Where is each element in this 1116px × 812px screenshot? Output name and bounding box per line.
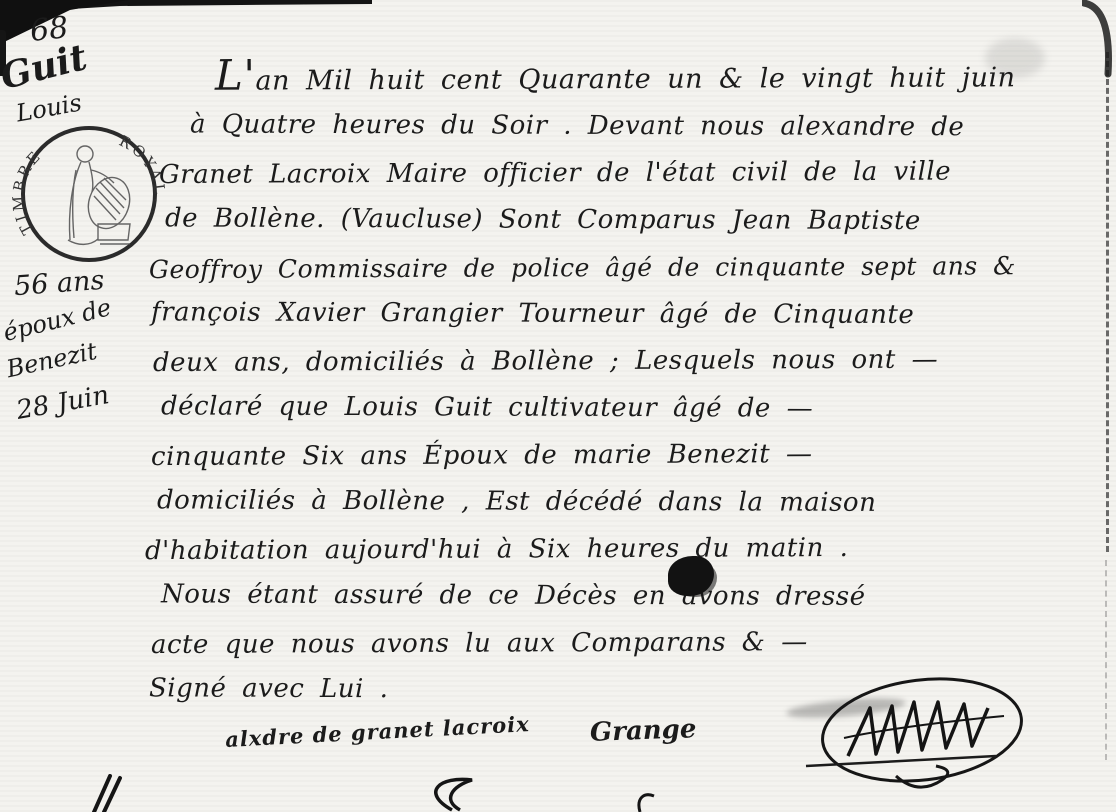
stamp-left-text-wrap: TIMBRE (12, 146, 46, 238)
body-line: Geoffroy Commissaire de police âgé de ci… (145, 242, 1095, 293)
body-line: domiciliés à Bollène , Est décédé dans l… (145, 477, 1095, 527)
body-line: d'habitation aujourd'hui à Six heures du… (145, 524, 1095, 575)
body-line: de Bollène. (Vaucluse) Sont Comparus Jea… (145, 195, 1095, 245)
page-edge-right-lower (1105, 560, 1107, 760)
body-line: Granet Lacroix Maire officier de l'état … (145, 148, 1095, 199)
body-line: déclaré que Louis Guit cultivateur âgé d… (145, 383, 1095, 433)
body-line: cinquante Six ans Époux de marie Benezit… (145, 430, 1095, 481)
document-page: 68 Guit Louis TIMBRE ROYAL. (0, 0, 1116, 812)
body-line: deux ans, domiciliés à Bollène ; Lesquel… (145, 336, 1095, 387)
body-line: Nous étant assuré de ce Décès en avons d… (145, 571, 1095, 621)
stamp-figure (68, 146, 136, 244)
act-body: L'an Mil huit cent Quarante un & le ving… (145, 50, 1095, 714)
signature-grange: Grange (589, 714, 696, 748)
page-edge-right (1106, 52, 1109, 552)
body-line: acte que nous avons lu aux Comparans & — (145, 618, 1095, 669)
next-entry-partial-strokes (80, 774, 720, 812)
body-line: à Quatre heures du Soir . Devant nous al… (145, 101, 1095, 151)
body-line: L'an Mil huit cent Quarante un & le ving… (145, 48, 1095, 105)
timbre-royal-stamp: TIMBRE ROYAL. (12, 110, 166, 278)
stamp-left-text: TIMBRE (12, 146, 46, 238)
flourish-signature (800, 668, 1040, 808)
body-line: françois Xavier Grangier Tourneur âgé de… (145, 289, 1095, 339)
margin-column: 68 Guit Louis TIMBRE ROYAL. (0, 0, 150, 812)
signature-granet-lacroix: alxdre de granet lacroix (225, 711, 531, 752)
margin-date: 28 Juin (14, 380, 111, 426)
signature-row: alxdre de granet lacroix Grange (225, 716, 696, 746)
